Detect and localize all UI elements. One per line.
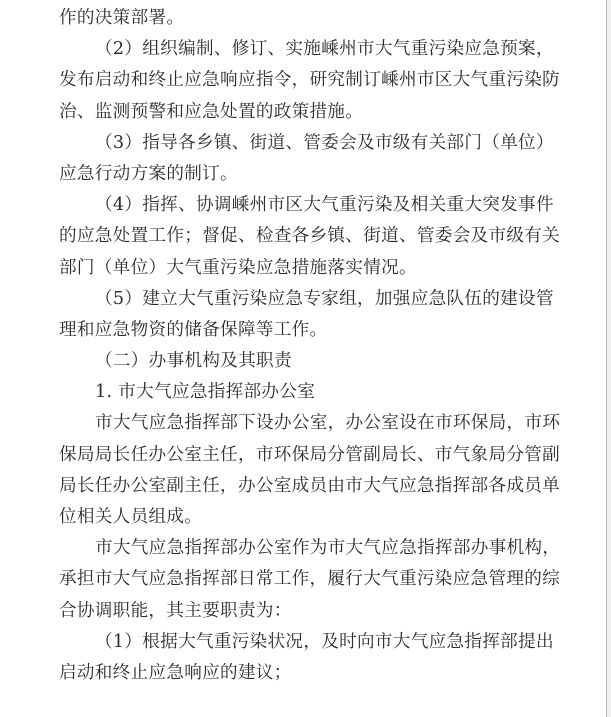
section-heading: （二）办事机构及其职责 <box>59 346 553 377</box>
text-line: 承担市大气应急指挥部日常工作，履行大气重污染应急管理的综 <box>59 564 553 595</box>
text-line: （4）指挥、协调嵊州市区大气重污染及相关重大突发事件 <box>59 190 553 221</box>
text-line: 作的决策部署。 <box>59 3 553 34</box>
text-line: 市大气应急指挥部办公室作为市大气应急指挥部办事机构， <box>59 533 553 564</box>
text-line: 治、监测预警和应急处置的政策措施。 <box>59 97 553 128</box>
document-page: 作的决策部署。 （2）组织编制、修订、实施嵊州市大气重污染应急预案， 发布启动和… <box>0 0 606 717</box>
text-line: （1）根据大气重污染状况，及时向市大气应急指挥部提出 <box>59 627 553 658</box>
text-line: 合协调职能，其主要职责为： <box>59 596 553 627</box>
text-line: （3）指导各乡镇、街道、管委会及市级有关部门（单位） <box>59 128 553 159</box>
text-line: 的应急处置工作；督促、检查各乡镇、街道、管委会及市级有关 <box>59 221 553 252</box>
text-line: 保局局长任办公室主任，市环保局分管副局长、市气象局分管副 <box>59 440 553 471</box>
text-line: 位相关人员组成。 <box>59 502 553 533</box>
text-line: 市大气应急指挥部下设办公室，办公室设在市环保局，市环 <box>59 408 553 439</box>
text-line: 应急行动方案的制订。 <box>59 159 553 190</box>
text-line: （5）建立大气重污染应急专家组，加强应急队伍的建设管 <box>59 284 553 315</box>
text-line: 部门（单位）大气重污染应急措施落实情况。 <box>59 253 553 284</box>
text-line: 启动和终止应急响应的建议； <box>59 658 553 689</box>
subsection-heading: 1. 市大气应急指挥部办公室 <box>59 377 553 408</box>
text-line: 理和应急物资的储备保障等工作。 <box>59 315 553 346</box>
text-line: 局长任办公室副主任，办公室成员由市大气应急指挥部各成员单 <box>59 471 553 502</box>
page-gutter <box>607 0 611 717</box>
text-line: （2）组织编制、修订、实施嵊州市大气重污染应急预案， <box>59 34 553 65</box>
document-body: 作的决策部署。 （2）组织编制、修订、实施嵊州市大气重污染应急预案， 发布启动和… <box>59 3 553 689</box>
text-line: 发布启动和终止应急响应指令，研究制订嵊州市区大气重污染防 <box>59 65 553 96</box>
